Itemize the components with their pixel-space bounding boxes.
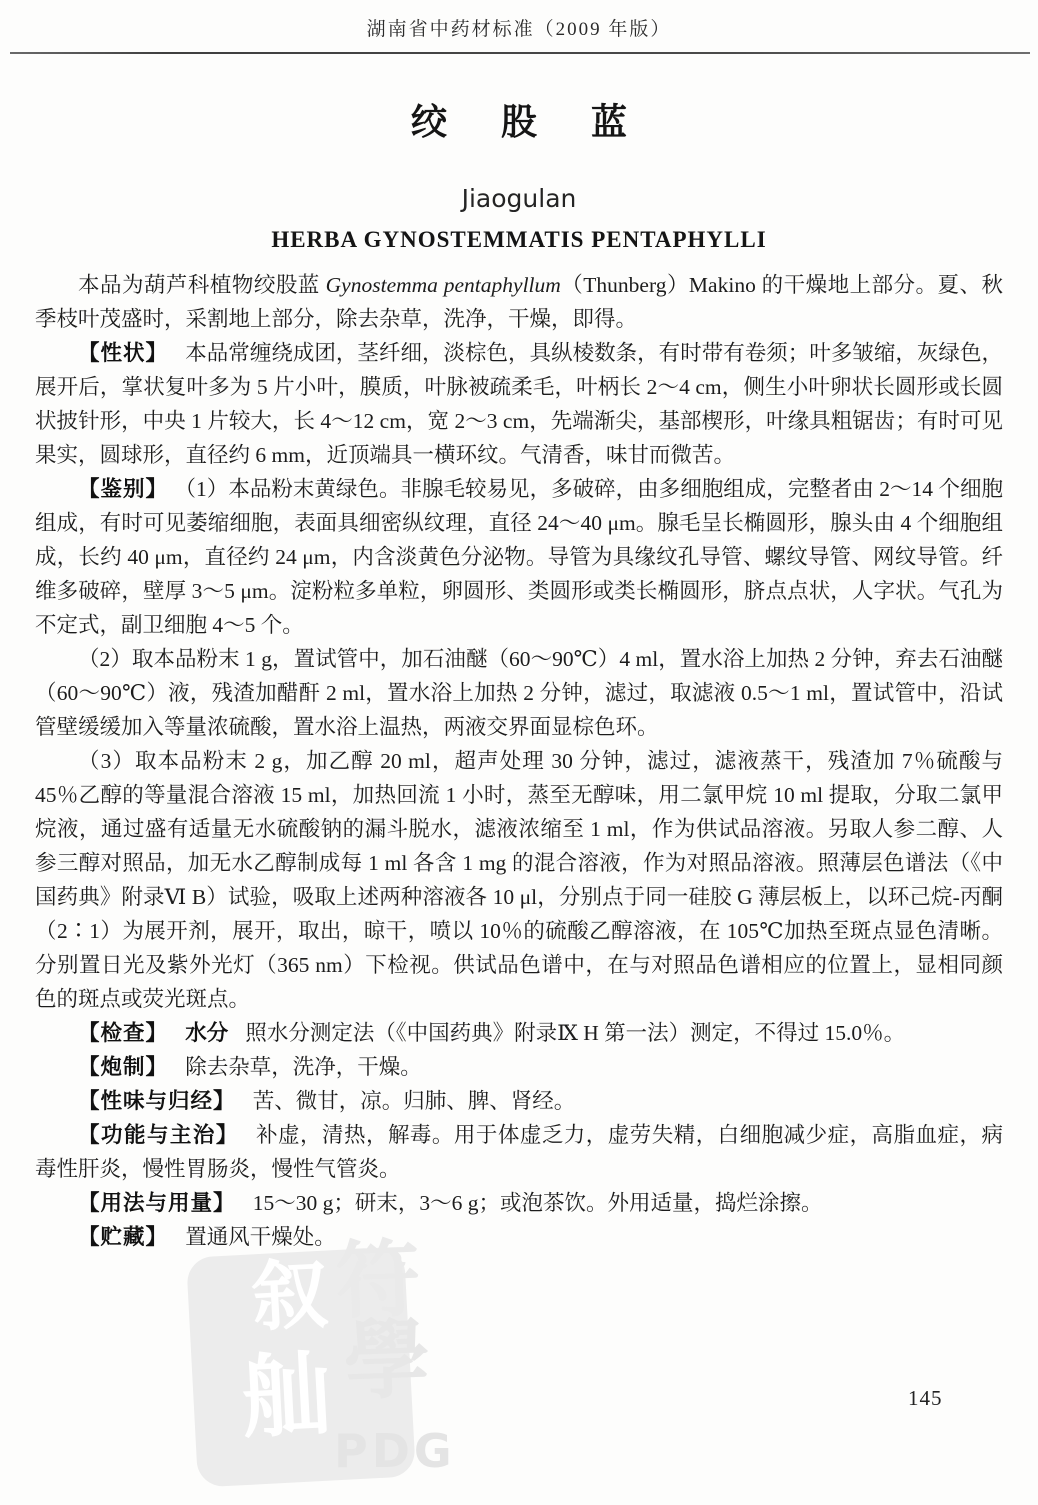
section-label: 【炮制】 [78, 1055, 168, 1079]
section-label: 【贮藏】 [78, 1225, 168, 1249]
watermark-seal-character: 舢 [240, 1350, 335, 1445]
section-label: 【功能与主治】 [78, 1123, 239, 1147]
text-segment: （2）取本品粉末 1 g，置试管中，加石油醚（60～90℃）4 ml，置水浴上加… [35, 647, 1003, 739]
section-label: 【性味与归经】 [78, 1089, 236, 1113]
text-segment: 置通风干燥处。 [185, 1225, 336, 1249]
document-body: 本品为葫芦科植物绞股蓝 Gynostemma pentaphyllum（Thun… [35, 268, 1003, 1254]
paragraph: 【鉴别】（1）本品粉末黄绿色。非腺毛较易见，多破碎，由多细胞组成，完整者由 2～… [35, 472, 1003, 642]
section-label: 【鉴别】 [78, 477, 168, 501]
text-segment: 本品常缠绕成团，茎纤细，淡棕色，具纵棱数条，有时带有卷须；叶多皱缩，灰绿色，展开… [35, 341, 1003, 467]
section-label: 【检查】 [78, 1021, 168, 1045]
page-title-latin: HERBA GYNOSTEMMATIS PENTAPHYLLI [0, 227, 1038, 253]
text-segment: 本品为葫芦科植物绞股蓝 [78, 273, 326, 297]
paragraph: （3）取本品粉末 2 g，加乙醇 20 ml，超声处理 30 分钟，滤过，滤液蒸… [35, 744, 1003, 1016]
text-segment: 水分 [185, 1021, 228, 1045]
text-segment: （1）本品粉末黄绿色。非腺毛较易见，多破碎，由多细胞组成，完整者由 2～14 个… [35, 477, 1003, 637]
section-label: 【性状】 [78, 341, 168, 365]
page-number: 145 [908, 1386, 943, 1411]
text-segment: 苦、微甘，凉。归肺、脾、肾经。 [253, 1089, 576, 1113]
text-segment: 15～30 g；研末，3～6 g；或泡茶饮。外用适量，捣烂涂擦。 [253, 1191, 823, 1215]
page-title-pinyin: Jiaogulan [0, 184, 1038, 213]
section-label: 【用法与用量】 [78, 1191, 236, 1215]
paragraph: 【功能与主治】补虚，清热，解毒。用于体虚乏力，虚劳失精，白细胞减少症，高脂血症，… [35, 1118, 1003, 1186]
paragraph: 【贮藏】置通风干燥处。 [35, 1220, 1003, 1254]
watermark-seal-blob [186, 1246, 416, 1487]
text-segment: 照水分测定法（《中国药典》附录Ⅸ H 第一法）测定，不得过 15.0％。 [245, 1021, 905, 1045]
text-segment: Gynostemma pentaphyllum [326, 273, 561, 297]
header-rule [10, 52, 1030, 54]
text-segment: 除去杂草，洗净，干燥。 [185, 1055, 422, 1079]
page-title-chinese: 绞 股 蓝 [0, 94, 1038, 145]
paragraph: 【用法与用量】15～30 g；研末，3～6 g；或泡茶饮。外用适量，捣烂涂擦。 [35, 1186, 1003, 1220]
watermark-seal-character: 叙 [250, 1256, 330, 1336]
running-header: 湖南省中药材标准（2009 年版） [0, 14, 1038, 41]
paragraph: （2）取本品粉末 1 g，置试管中，加石油醚（60～90℃）4 ml，置水浴上加… [35, 642, 1003, 744]
paragraph: 【炮制】除去杂草，洗净，干燥。 [35, 1050, 1003, 1084]
paragraph: 本品为葫芦科植物绞股蓝 Gynostemma pentaphyllum（Thun… [35, 268, 1003, 336]
paragraph: 【性味与归经】苦、微甘，凉。归肺、脾、肾经。 [35, 1084, 1003, 1118]
paragraph: 【检查】水分照水分测定法（《中国药典》附录Ⅸ H 第一法）测定，不得过 15.0… [35, 1016, 1003, 1050]
paragraph: 【性状】本品常缠绕成团，茎纤细，淡棕色，具纵棱数条，有时带有卷须；叶多皱缩，灰绿… [35, 336, 1003, 472]
text-segment: （3）取本品粉末 2 g，加乙醇 20 ml，超声处理 30 分钟，滤过，滤液蒸… [35, 749, 1003, 1011]
watermark-pdg-label: PDG [334, 1424, 456, 1478]
watermark-seal-character: 學 [343, 1317, 432, 1406]
